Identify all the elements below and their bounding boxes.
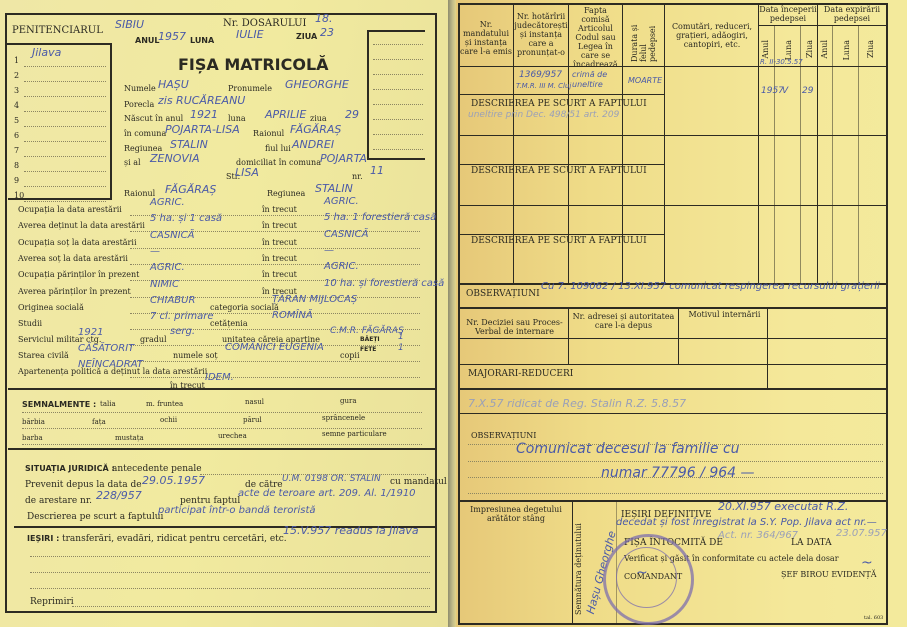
descriere-label-3: DESCRIEREA PE SCURT A FAPTULUI [471,236,647,246]
observatii-label: OBSERVAȚIUNI [466,289,540,299]
penitenciar-label: PENITENCIARUL [12,25,103,36]
fill-line [24,201,106,202]
header-expirare: Data expirării pedepsei [818,5,886,23]
detail-label-2: în trecut [262,205,297,214]
identity-value: POJARTA-LISA [165,123,240,136]
dosar-value: 18. [315,12,333,25]
semnalmente-field-label: sprâncenele [322,414,365,422]
semnalmente-field-label: mustața [115,434,144,442]
sentence-fapta: crimă de uneltire [572,70,620,90]
identity-value: 11 [370,164,384,177]
fill-line [130,248,420,249]
side-list-number: 8 [14,161,19,170]
fisa-intocmita-value: Act. nr. 364/967 [718,530,798,541]
identity-label: în comuna [124,129,166,138]
side-list-number: 1 [14,56,19,65]
iesiri-definitive-value: 20.XI.957 executat R.Z. [718,500,848,513]
arestare-value: 228/957 [96,489,142,502]
mandat-label: cu mandatul [390,477,447,487]
fill-line [373,149,423,150]
fill-line [72,606,430,607]
header-hotarare: Nr. hotărîrii judecătorești și instanța … [514,12,568,57]
antecedente-label: antecedente penale [112,464,202,474]
identity-label: nr. [352,172,363,181]
row-line [758,25,886,26]
header-inceput-anul: Anul [761,40,770,59]
semnalmente-field-label: m. fruntea [146,400,183,408]
divider [8,448,436,450]
detail-label-2: în trecut [262,238,297,247]
blank-side-box [367,30,425,160]
sentence-inceput-note: R. II-30.5.57 [760,58,803,66]
identity-value: 1921 [190,108,218,121]
detail-label-2: în trecut [262,221,297,230]
detail-label: Ocupația părinților în prezent [18,270,139,279]
observatii-value: Cu 7. 109062 / 13.XI.957 comunicat respi… [541,281,880,292]
col-line [858,25,859,283]
situatia-juridica-title: SITUAȚIA JURIDICĂ : [25,464,115,473]
descriere-label: Descrierea pe scurt a faptului [27,512,163,522]
fill-line [373,134,423,135]
semnalmente-field-label: nasul [245,398,264,406]
detail-value: AGRIC. [150,197,185,208]
header-durata: Durata și felul pedepsei [630,22,656,62]
semnalmente-field-label: urechea [218,432,247,440]
fill-line [24,171,106,172]
identity-value: LISA [235,166,259,179]
fill-line [24,96,106,97]
detail-label-2: cetățenia [210,319,248,328]
detail-value-2: 10 ha. și forestieră casă [324,278,444,289]
detail-value: NIMIC [150,279,179,290]
identity-label: ziua [310,114,327,123]
internare-motiv-header: Motivul internării [682,310,767,319]
fill-line [373,104,423,105]
identity-value: STALIN [170,138,208,151]
fill-line [130,361,420,362]
semnalmente-field-label: fața [92,418,106,426]
row-line [458,66,886,67]
commander-signature-scribble: ~ [636,565,648,581]
col-line [758,3,759,283]
identity-value: ANDREI [292,138,334,151]
detail-label-3: copii [340,351,360,360]
fapt-value: acte de teroare art. 209. Al. 1/1910 [238,488,416,499]
fill-line [24,186,106,187]
detail-value: — [150,246,160,257]
detail-value: 1921 [78,327,103,338]
header-inceput-ziua: Ziua [805,40,814,58]
row-line [458,307,886,309]
row-line [458,338,886,339]
sef-birou-label: ȘEF BIROU EVIDENȚĂ [781,570,876,579]
internare-adresa-header: Nr. adresei și autoritatea care l-a depu… [571,312,676,330]
identity-label: Regiunea [267,189,305,198]
fill-line [22,428,422,429]
col-line [678,308,679,364]
catre-value: U.M. 0198 OR. STALIN [282,474,381,484]
side-list-number: 6 [14,131,19,140]
fingerprint-label: Impresiunea degetului arătător stâng [466,505,566,523]
detail-label-2: în trecut [262,254,297,263]
fill-line [24,66,106,67]
sentence-instanta: T.M.R. III M. Cluj [516,82,571,90]
anul-label: ANUL [135,36,159,45]
detail-value-2: — [324,245,334,256]
side-list-number: 3 [14,86,19,95]
detail-value: CĂSĂTORIT [78,343,134,354]
semnalmente-field-label: talia [100,400,116,408]
chief-signature-scribble: ~ [861,555,873,571]
row-line [458,413,886,414]
reprimiri-label: Reprimiri [30,597,74,607]
side-list-first-entry: Jilava [32,46,61,59]
detail-value-2: ȚĂRAN MIJLOCAȘ [272,294,357,305]
detail-label: Ocupația soț la data arestării [18,238,137,247]
page-title: FIȘA MATRICOLĂ [178,55,329,74]
semnalmente-field-label: ochii [160,416,177,424]
side-list-number: 5 [14,116,19,125]
semnalmente-field-label: gura [340,397,357,405]
detail-value-2: CASNICĂ [324,229,368,240]
descriere-value: uneltire prin Dec. 498/51 art. 209 [468,110,619,120]
row-line [458,94,664,95]
detail-value: CASNICĂ [150,230,194,241]
sentence-durata: MOARTE [628,76,662,85]
book-binding [448,0,456,627]
luna-label: LUNA [190,36,214,45]
baieti-label: BĂEȚI [360,336,380,343]
row-line [458,388,886,390]
fill-line [373,89,423,90]
fill-line [22,444,422,445]
fill-line [24,81,106,82]
detail-label: Studii [18,319,42,328]
detail-value-2: AGRIC. [324,261,359,272]
identity-value: FĂGĂRAȘ [165,183,216,196]
detail-value: AGRIC. [150,262,185,273]
fill-line [373,44,423,45]
detail-value-3: C.M.R. FĂGĂRAȘ [330,326,404,336]
detail-label: Averea părinților în prezent [18,287,131,296]
prevenit-value: 29.05.1957 [142,474,205,487]
side-list-number: 4 [14,101,19,110]
identity-label: și al [124,158,141,167]
row-line [458,234,664,235]
fill-line [468,444,883,445]
identity-label: Raionul [253,129,284,138]
header-mandat: Nr. mandatului și instanța care l-a emis [460,20,512,56]
identity-value: POJARTA [320,152,367,165]
identity-label: fiul lui [265,144,291,153]
side-list-number: 10 [14,191,24,200]
identity-value: FĂGĂRAȘ [290,123,341,136]
detail-label: Averea deținut la data arestării [18,221,145,230]
col-line [572,500,573,625]
fill-line [373,59,423,60]
semnalmente-field-label: bărbia [22,418,45,426]
descriere-label-2: DESCRIEREA PE SCURT A FAPTULUI [471,166,647,176]
row-line [458,135,886,136]
detail-value-2: 5 ha. 1 forestieră casă [324,212,436,223]
majorari-note: 7.X.57 ridicat de Reg. Stalin R.Z. 5.8.5… [468,397,686,410]
header-expirare-ziua: Ziua [866,40,875,58]
ziua-label: ZIUA [296,32,317,41]
fill-line [24,126,106,127]
fill-line [30,556,430,557]
identity-value: zis RUCĂREANU [158,94,245,107]
side-list-number: 2 [14,71,19,80]
observatii2-line2: numar 77796 / 964 — [601,465,755,481]
row-line [458,164,664,165]
la-data-value: 23.07.957 [836,528,887,539]
semnalmente-field-label: barba [22,434,43,442]
ziua-value: 23 [320,26,334,39]
fill-line [373,74,423,75]
row-line [458,205,886,206]
descriere-label-1: DESCRIEREA PE SCURT A FAPTULUI [471,99,647,109]
detail-value-2: serg. [170,326,195,337]
col-line [832,25,833,283]
anul-value: 1957 [158,30,186,43]
detail-label-2: în trecut [170,381,205,390]
identity-label: Porecla [124,100,154,109]
arestare-label: de arestare nr. [25,496,92,506]
identity-value: APRILIE [265,108,306,121]
fill-line [468,477,883,478]
penitenciar-value: SIBIU [115,18,144,31]
divider [8,388,436,390]
col-line [664,3,665,283]
side-list-number: 9 [14,176,19,185]
deces-value: decedat și fost înregistrat la S.Y. Pop.… [616,517,877,528]
signature-label: Semnătura deținutului [574,520,583,615]
identity-value: ZENOVIA [150,152,200,165]
semnalmente-field-label: părul [243,416,262,424]
left-page-fisa-matricola: PENITENCIARUL SIBIU Nr. DOSARULUI 18. AN… [0,0,448,627]
detail-label: Averea soț la data arestării [18,254,128,263]
detail-value-2: COMĂNICI EUGENIA [225,342,324,353]
header-expirare-luna: Luna [842,40,851,60]
iesiri-label: transferări, evadări, ridicat pentru cer… [62,534,287,544]
fill-line [24,111,106,112]
detail-value: NEÎNCADRAT [78,359,143,370]
fill-line [24,141,106,142]
internare-decizie-header: Nr. Deciziei sau Proces-Verbal de intern… [462,318,567,336]
fill-line [468,461,883,462]
detail-label-2: numele soț [173,351,218,360]
detail-label: Originea socială [18,303,84,312]
identity-value: 29 [345,108,359,121]
la-data-label: LA DATA [791,538,832,548]
detail-label: Ocupația la data arestării [18,205,122,214]
identity-label: luna [228,114,246,123]
header-comutari: Comutări, reduceri, grațieri, adăogiri, … [666,22,758,49]
row-line [458,364,886,365]
sentence-inceput-anul: 1957 [761,86,784,96]
right-page-sentence-record: Nr. mandatului și instanța care l-a emis… [456,0,907,627]
header-inceput: Data începerii pedepsei [759,5,817,23]
identity-value: HAȘU [158,78,189,91]
col-line [817,3,818,283]
fete-label: FETE [360,346,376,353]
sentence-hotarare: 1369/957 [519,70,562,80]
identity-value: GHEORGHE [285,78,349,91]
col-line [568,308,569,364]
fill-line [130,377,420,378]
fill-line [30,588,430,589]
detail-value: CHIABUR [150,295,195,306]
identity-label: Numele [124,84,156,93]
print-code: tal. 603 [864,615,883,621]
header-fapta: Fapta comisă Articolul Codul sau Legea î… [569,6,622,69]
fill-line [30,572,430,573]
fill-line [24,156,106,157]
side-list-number: 7 [14,146,19,155]
detail-value-2: ROMÎNĂ [272,310,313,321]
fill-line [22,412,422,413]
semnalmente-field-label: semne particulare [322,430,387,438]
detail-label-2: în trecut [262,270,297,279]
observatii2-label: OBSERVAȚIUNI [471,431,536,440]
luna-value: IULIE [236,28,264,41]
identity-label: Născut în anul [124,114,183,123]
semnalmente-title: SEMNALMENTE : [22,400,96,409]
identity-value: STALIN [315,182,353,195]
detail-value-2: AGRIC. [324,196,359,207]
detail-value: 5 ha. și 1 casă [150,213,222,224]
majorari-label: MAJORARI-REDUCERI [468,369,573,379]
header-expirare-anul: Anul [820,40,829,59]
descriere-value: participat într-o bandă teroristă [158,505,316,516]
iesiri-title: IEȘIRI : [27,534,59,543]
sentence-inceput-luna: V [782,86,788,96]
fill-line [373,119,423,120]
col-line [767,308,768,388]
identity-label: Pronumele [228,84,272,93]
detail-label-2: categoria socială [210,303,279,312]
detail-value: 7 cl. primare [150,311,214,322]
sentence-inceput-ziua: 29 [802,86,813,96]
detail-label: Starea civilă [18,351,69,360]
iesiri-value: 15.V.957 readus la Jilava [283,524,419,537]
fill-line [468,493,883,494]
detail-label-2: gradul [140,335,167,344]
